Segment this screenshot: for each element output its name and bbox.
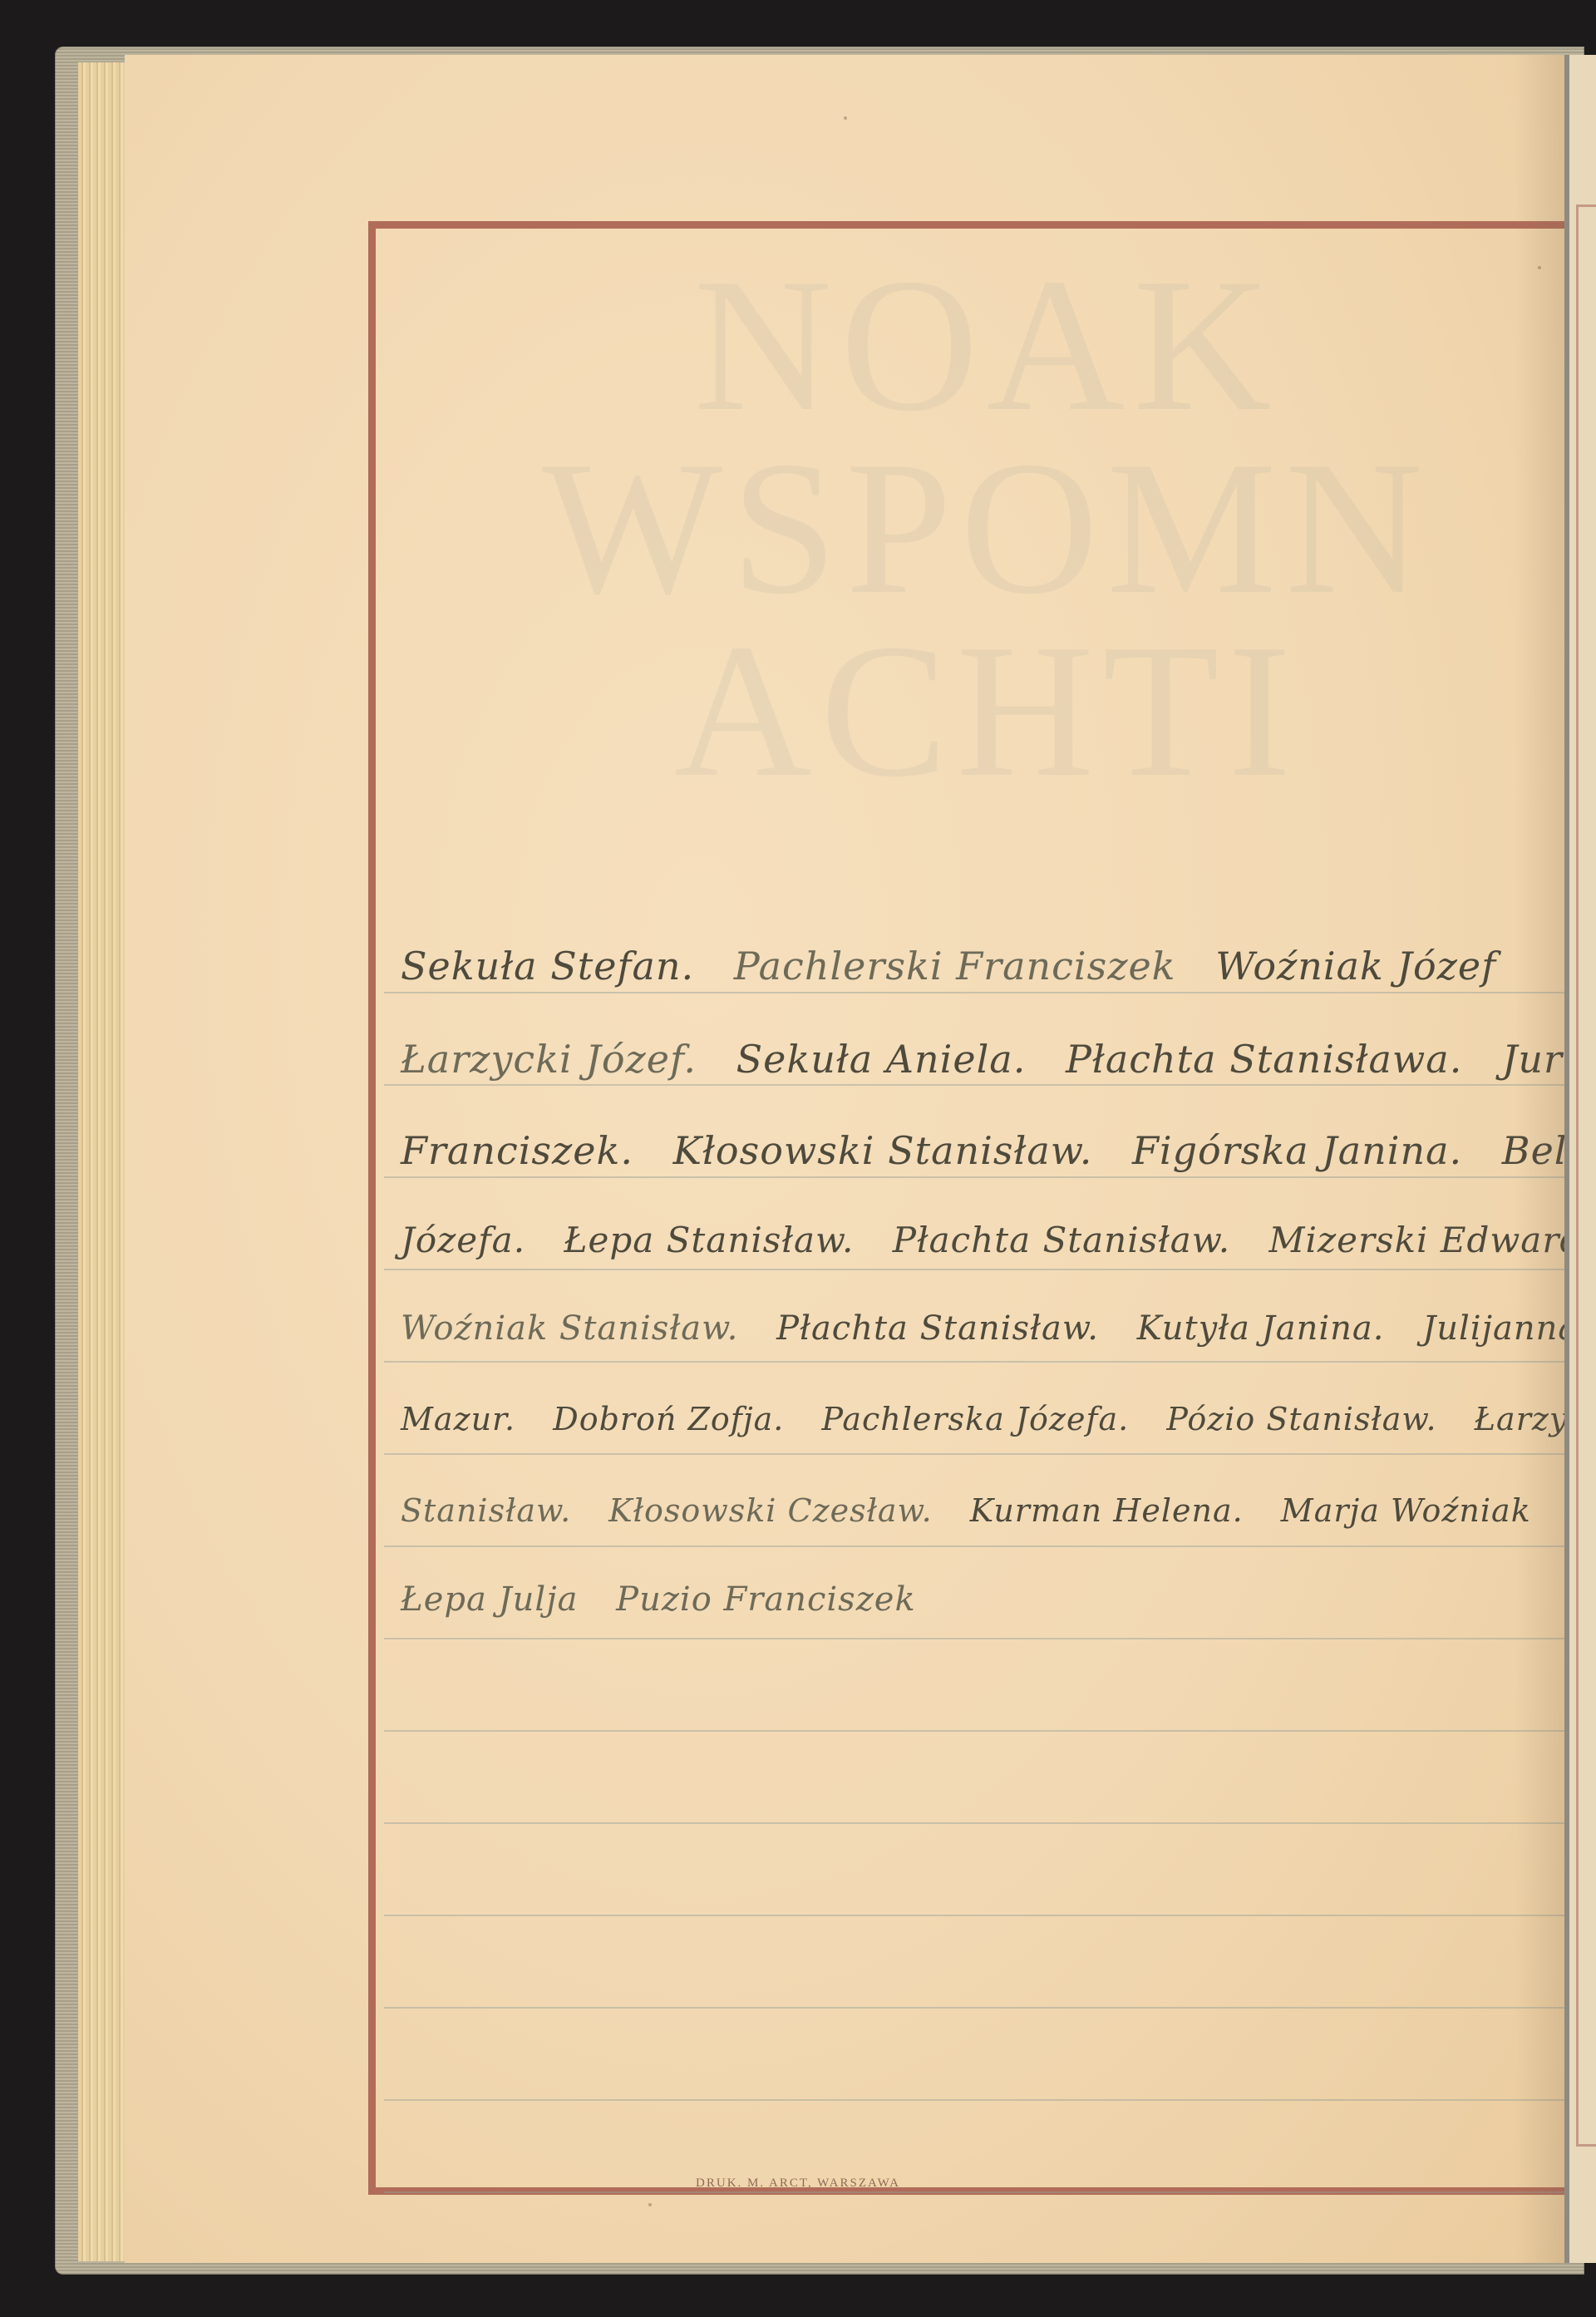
- name-entry: Płachta Stanisława.: [1066, 1037, 1462, 1082]
- name-entry: Mizerski Edward.: [1269, 1220, 1595, 1260]
- name-entry: Łarzycki Józef.: [401, 1037, 697, 1082]
- name-entry: Woźniak Stanisław.: [401, 1309, 738, 1348]
- printer-imprint: DRUK. M. ARCT, WARSZAWA: [0, 2177, 1596, 2191]
- ruled-line: [384, 2191, 1583, 2193]
- name-entry: Pózio Stanisław.: [1166, 1401, 1436, 1437]
- ruled-line: [384, 1915, 1583, 1916]
- ruled-line: [384, 1730, 1583, 1732]
- handwritten-line-7: Stanisław. Kłosowski Czesław. Kurman Hel…: [401, 1492, 1558, 1529]
- name-entry: Kłosowski Czesław.: [608, 1492, 932, 1529]
- name-entry: Stanisław.: [401, 1492, 571, 1529]
- name-entry: Julijanna: [1422, 1309, 1579, 1348]
- handwritten-line-2: Łarzycki Józef. Sekuła Aniela. Płachta S…: [401, 1037, 1596, 1082]
- ruled-line: [384, 1638, 1583, 1639]
- ruled-lines: [376, 229, 1591, 2187]
- handwritten-line-4: Józefa. Łepa Stanisław. Płachta Stanisła…: [401, 1220, 1596, 1260]
- ruled-line: [384, 992, 1583, 993]
- ruled-line: [384, 1453, 1583, 1455]
- ruled-line: [384, 1269, 1583, 1270]
- next-page-frame: [1576, 205, 1596, 2147]
- name-entry: Sekuła Stefan.: [401, 944, 694, 988]
- handwritten-line-8: Łepa Julja Puzio Franciszek: [401, 1580, 943, 1619]
- name-entry: Płachta Stanisław.: [776, 1309, 1099, 1348]
- ruled-line: [384, 1822, 1583, 1824]
- handwritten-line-5: Woźniak Stanisław. Płachta Stanisław. Ku…: [401, 1309, 1596, 1348]
- name-entry: Kurman Helena.: [970, 1492, 1244, 1529]
- name-entry: Puzio Franciszek: [616, 1580, 916, 1619]
- name-entry: Płachta Stanisław.: [893, 1220, 1230, 1260]
- name-entry: Kłosowski Stanisław.: [673, 1128, 1093, 1173]
- name-entry: Sekuła Aniela.: [736, 1037, 1027, 1082]
- name-entry: Marja Woźniak: [1281, 1492, 1531, 1529]
- ruled-line: [384, 1176, 1583, 1178]
- name-entry: Łepa Stanisław.: [564, 1220, 854, 1260]
- name-entry: Kutyła Janina.: [1137, 1309, 1385, 1348]
- name-entry: Franciszek.: [401, 1128, 633, 1173]
- page-edges: [78, 62, 129, 2261]
- paper-speck: [648, 2203, 652, 2206]
- handwritten-line-1: Sekuła Stefan. Pachlerski Franciszek Woź…: [401, 944, 1523, 988]
- name-entry: Łepa Julja: [401, 1580, 578, 1619]
- ruled-line: [384, 1084, 1583, 1086]
- ruled-line: [384, 2007, 1583, 2009]
- ruled-line: [384, 2099, 1583, 2101]
- handwritten-line-6: Mazur. Dobroń Zofja. Pachlerska Józefa. …: [401, 1401, 1596, 1437]
- name-entry: Józefa.: [401, 1220, 525, 1260]
- ruled-line: [384, 1361, 1583, 1363]
- name-entry: Woźniak Józef: [1215, 944, 1496, 988]
- page-border-frame: NOAK WSPOMN ACHTI Sekuła Stefan. Pachler…: [368, 221, 1596, 2195]
- name-entry: Mazur.: [401, 1401, 515, 1437]
- paper-speck: [1538, 266, 1541, 269]
- ruled-line: [384, 1545, 1583, 1547]
- name-entry: Pachlerska Józefa.: [821, 1401, 1129, 1437]
- name-entry: Figórska Janina.: [1132, 1128, 1462, 1173]
- name-entry: Dobroń Zofja.: [553, 1401, 784, 1437]
- paper-speck: [844, 116, 847, 120]
- book-page: NOAK WSPOMN ACHTI Sekuła Stefan. Pachler…: [125, 55, 1564, 2263]
- name-entry: Pachlerski Franciszek: [734, 944, 1176, 988]
- handwritten-line-3: Franciszek. Kłosowski Stanisław. Figórsk…: [401, 1128, 1596, 1173]
- next-page-edge: [1564, 55, 1596, 2263]
